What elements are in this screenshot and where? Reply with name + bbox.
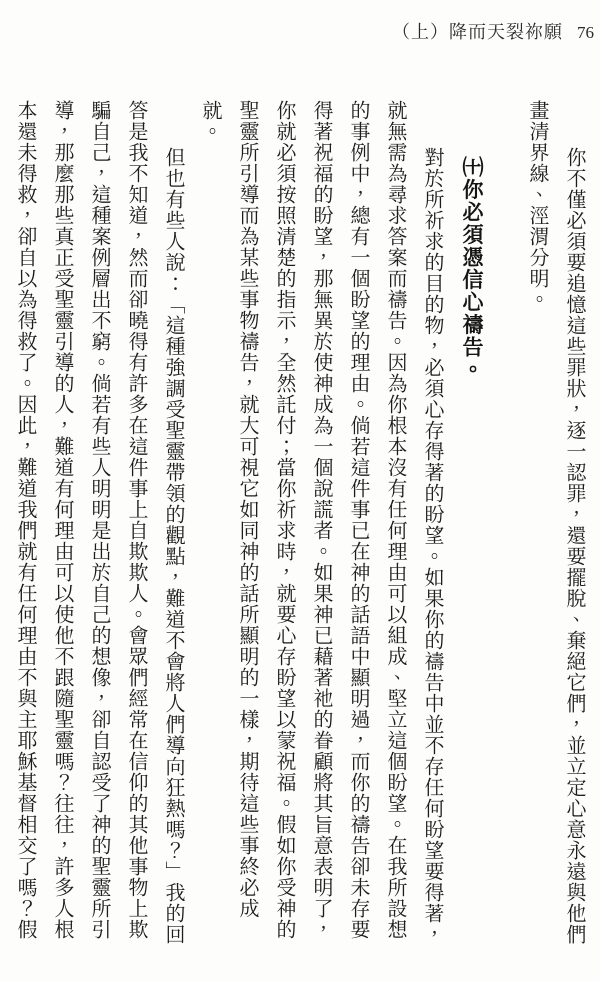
- text-column-12: 答是我不知道，然而卻曉得有許多在這件事上自欺欺人。會眾們經常在信仰的其他事物上欺: [117, 100, 154, 958]
- book-page: （上）降而天裂祢願 76 你不僅必須要追憶這些罪狀，逐一認罪，還要擺脫、棄絕它們…: [0, 0, 600, 981]
- text-column-7: 得著祝福的盼望，那無異於使神成為一個說謊者。如果神已藉著祂的眷顧將其旨意表明了，: [302, 100, 339, 958]
- text-column-8: 你就必須按照清楚的指示，全然託付；當你祈求時，就要心存盼望以蒙祝福。假如你受神的: [265, 100, 302, 958]
- book-title: （上）降而天裂祢願: [392, 18, 563, 44]
- text-column-11: 但也有些人說：「這種強調受聖靈帶領的觀點，難道不會將人們導向狂熱嗎？」我的回: [154, 100, 191, 958]
- text-column-6: 的事例中，總有一個盼望的理由。倘若這件事已在神的話語中顯明過，而你的禱告卻未存要: [339, 100, 376, 958]
- section-heading: ㈩你必須憑信心禱告。: [452, 100, 492, 958]
- text-column-14: 導，那麼那些真正受聖靈引導的人，難道有何理由可以使他不跟隨聖靈嗎？往往，許多人根: [43, 100, 80, 958]
- page-number: 76: [577, 23, 594, 43]
- text-column-15: 本還未得救，卻自以為得救了。因此，難道我們就有任何理由不與主耶穌基督相交了嗎？假: [6, 100, 43, 958]
- text-column-1: 你不僅必須要追憶這些罪狀，逐一認罪，還要擺脫、棄絕它們，並立定心意永遠與他們: [555, 100, 592, 958]
- running-header: （上）降而天裂祢願 76: [392, 18, 594, 44]
- text-column-5: 就無需為尋求答案而禱告。因為你根本沒有任何理由可以組成、堅立這個盼望。在我所設想: [376, 100, 413, 958]
- text-column-2: 畫清界線、涇渭分明。: [518, 100, 555, 958]
- text-column-9: 聖靈所引導而為某些事物禱告，就大可視它如同神的話所顯明的一樣，期待這些事終必成: [228, 100, 265, 958]
- text-column-4: 對於所祈求的目的物，必須心存得著的盼望。如果你的禱告中並不存任何盼望要得著，: [413, 100, 450, 958]
- text-column-10: 就。: [191, 100, 228, 958]
- vertical-text-block: 你不僅必須要追憶這些罪狀，逐一認罪，還要擺脫、棄絕它們，並立定心意永遠與他們 畫…: [6, 100, 592, 958]
- text-column-13: 騙自己，這種案例層出不窮。倘若有些人明明是出於自己的想像，卻自認受了神的聖靈所引: [80, 100, 117, 958]
